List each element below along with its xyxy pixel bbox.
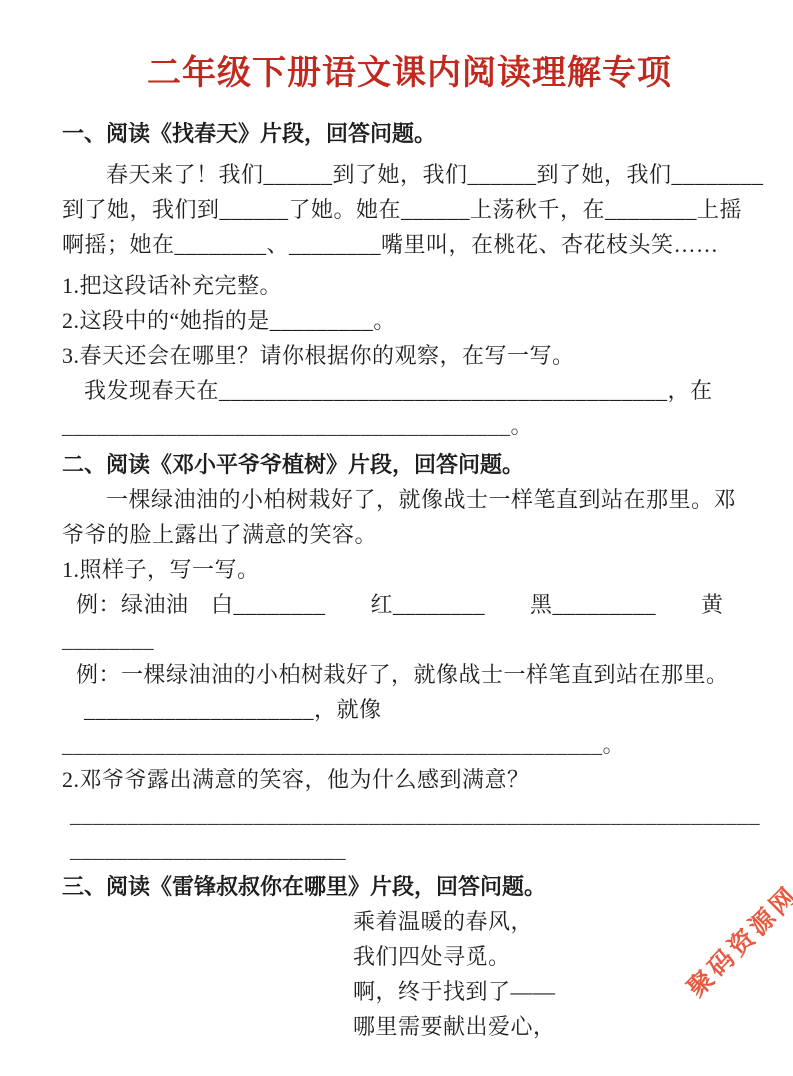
section-1: 一、阅读《找春天》片段，回答问题。 春天来了！我们______到了她，我们___… (62, 116, 731, 443)
section-1-question-2: 2.这段中的“她指的是_________。 (62, 303, 731, 338)
section-1-passage-line-2: 到了她，我们到______了她。她在______上荡秋千，在________上摇 (62, 192, 731, 227)
section-2: 二、阅读《邓小平爷爷植树》片段，回答问题。 一棵绿油油的小柏树栽好了，就像战士一… (62, 447, 731, 867)
poem-line-4: 哪里需要献出爱心， (353, 1009, 731, 1044)
section-1-answer-3-line-2: _______________________________________。 (62, 408, 731, 443)
section-1-heading: 一、阅读《找春天》片段，回答问题。 (62, 116, 731, 151)
section-1-passage-line-1: 春天来了！我们______到了她，我们______到了她，我们________ (62, 157, 731, 192)
poem-block: 乘着温暖的春风， 我们四处寻觅。 啊，终于找到了—— 哪里需要献出爱心， (353, 904, 731, 1044)
section-1-passage-line-3: 啊摇；她在________、________嘴里叫，在桃花、杏花枝头笑…… (62, 227, 731, 262)
section-1-question-3: 3.春天还会在哪里？请你根据你的观察，在写一写。 (62, 338, 731, 373)
section-2-passage-line-1: 一棵绿油油的小柏树栽好了，就像战士一样笔直到站在那里。邓 (62, 482, 731, 517)
section-3: 三、阅读《雷锋叔叔你在哪里》片段，回答问题。 乘着温暖的春风， 我们四处寻觅。 … (62, 869, 731, 1044)
poem-line-2: 我们四处寻觅。 (353, 939, 731, 974)
section-1-question-1: 1.把这段话补充完整。 (62, 268, 731, 303)
poem-line-3: 啊，终于找到了—— (353, 974, 731, 1009)
section-2-question-2: 2.邓爷爷露出满意的笑容，他为什么感到满意？ (62, 762, 731, 797)
worksheet-page: 二年级下册语文课内阅读理解专项 一、阅读《找春天》片段，回答问题。 春天来了！我… (0, 0, 793, 1076)
section-2-answer-blank-line-1: ________________________________________… (62, 797, 731, 832)
section-2-heading: 二、阅读《邓小平爷爷植树》片段，回答问题。 (62, 447, 731, 482)
section-2-example-2-answer-line-1: ____________________，就像 (62, 692, 731, 727)
section-2-example-1: 例：绿油油 白________ 红________ 黑_________ 黄 (62, 587, 731, 622)
section-2-question-1: 1.照样子，写一写。 (62, 552, 731, 587)
section-2-example-1-blank: ________ (62, 622, 731, 657)
section-1-answer-3-line-1: 我发现春天在__________________________________… (62, 373, 731, 408)
poem-line-1: 乘着温暖的春风， (353, 904, 731, 939)
section-2-answer-blank-line-2: ________________________ (62, 832, 731, 867)
section-3-heading: 三、阅读《雷锋叔叔你在哪里》片段，回答问题。 (62, 869, 731, 904)
page-title: 二年级下册语文课内阅读理解专项 (62, 50, 731, 96)
section-2-passage-line-2: 爷爷的脸上露出了满意的笑容。 (62, 517, 731, 552)
section-2-example-2-answer-line-2: ________________________________________… (62, 727, 731, 762)
section-2-example-2: 例：一棵绿油油的小柏树栽好了，就像战士一样笔直到站在那里。 (62, 657, 731, 692)
